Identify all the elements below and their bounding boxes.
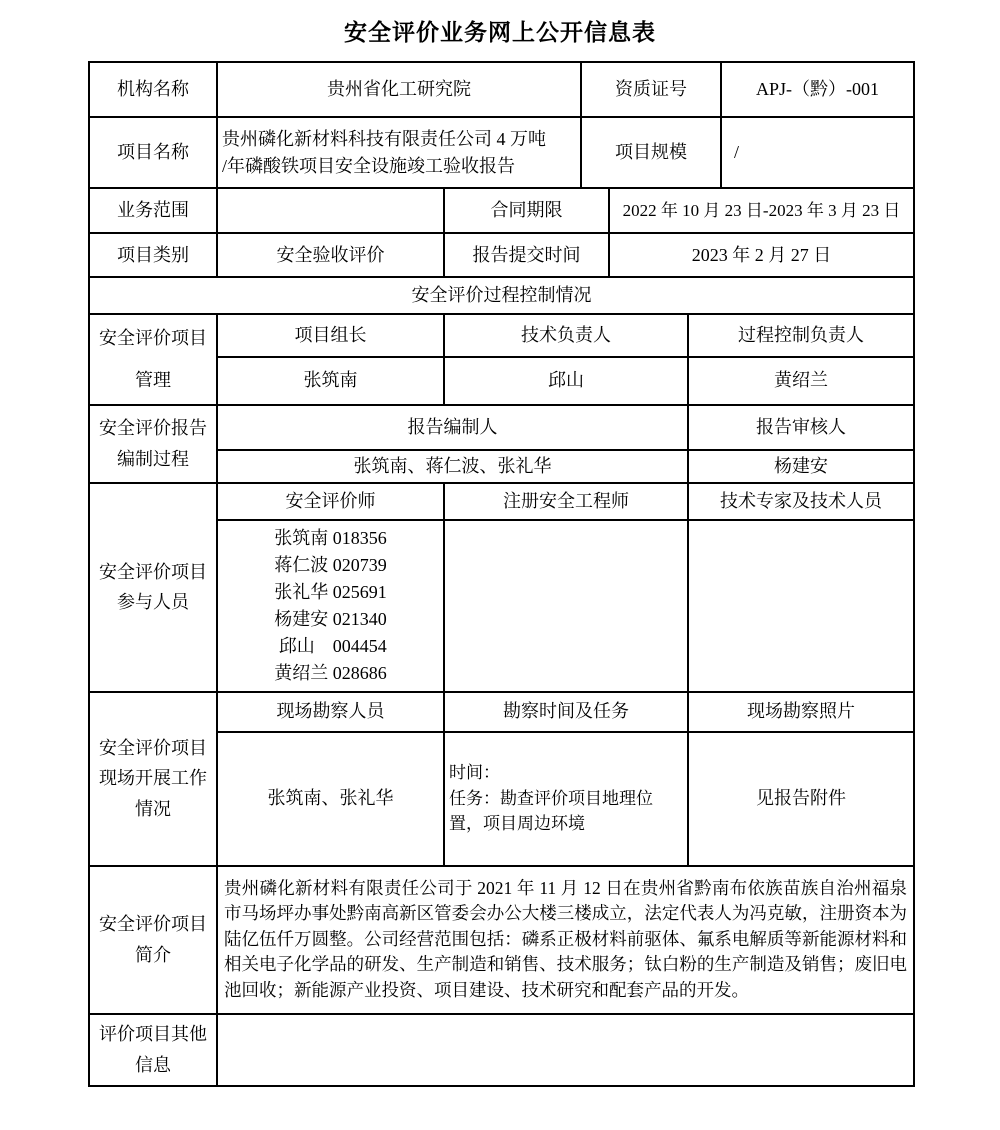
report-reviewer-header-cell: 报告审核人 [688, 405, 914, 450]
evaluator-list: 张筑南 018356 蒋仁波 020739 张礼华 025691 杨建安 021… [274, 525, 387, 687]
management-process-cell: 黄绍兰 [688, 357, 914, 405]
project-value-cell: 贵州磷化新材料科技有限责任公司 4 万吨 /年磷酸铁项目安全设施竣工验收报告 [217, 117, 581, 188]
row-scope: 业务范围 合同期限 2022 年 10 月 23 日-2023 年 3 月 23… [89, 188, 914, 233]
submit-label-cell: 报告提交时间 [444, 233, 609, 277]
intro-label-cell: 安全评价项目 简介 [89, 866, 217, 1014]
site-photos-cell: 见报告附件 [688, 732, 914, 866]
org-value-cell: 贵州省化工研究院 [217, 62, 581, 117]
participants-experts-cell [688, 520, 914, 692]
row-project: 项目名称 贵州磷化新材料科技有限责任公司 4 万吨 /年磷酸铁项目安全设施竣工验… [89, 117, 914, 188]
participants-header-expert-cell: 技术专家及技术人员 [688, 483, 914, 520]
row-other: 评价项目其他 信息 [89, 1014, 914, 1086]
row-process-header: 安全评价过程控制情况 [89, 277, 914, 314]
management-tech-cell: 邱山 [444, 357, 688, 405]
participants-label-cell: 安全评价项目 参与人员 [89, 483, 217, 692]
site-header-photo-cell: 现场勘察照片 [688, 692, 914, 732]
contract-label-cell: 合同期限 [444, 188, 609, 233]
site-personnel-cell: 张筑南、张礼华 [217, 732, 444, 866]
category-value-cell: 安全验收评价 [217, 233, 444, 277]
site-label-cell: 安全评价项目 现场开展工作 情况 [89, 692, 217, 866]
row-report-headers: 安全评价报告 编制过程 报告编制人 报告审核人 [89, 405, 914, 450]
info-table: 机构名称 贵州省化工研究院 资质证号 APJ-（黔）-001 项目名称 贵州磷化… [88, 61, 915, 1087]
management-header-tech-cell: 技术负责人 [444, 314, 688, 357]
project-label-cell: 项目名称 [89, 117, 217, 188]
scale-value-cell: / [721, 117, 914, 188]
cert-value-cell: APJ-（黔）-001 [721, 62, 914, 117]
intro-value-cell: 贵州磷化新材料有限责任公司于 2021 年 11 月 12 日在贵州省黔南布依族… [217, 866, 914, 1014]
row-participants-headers: 安全评价项目 参与人员 安全评价师 注册安全工程师 技术专家及技术人员 [89, 483, 914, 520]
process-section-title-cell: 安全评价过程控制情况 [89, 277, 914, 314]
participants-header-engineer-cell: 注册安全工程师 [444, 483, 688, 520]
management-header-leader-cell: 项目组长 [217, 314, 444, 357]
report-label-cell: 安全评价报告 编制过程 [89, 405, 217, 483]
scale-label-cell: 项目规模 [581, 117, 721, 188]
site-header-timetask-cell: 勘察时间及任务 [444, 692, 688, 732]
scope-label-cell: 业务范围 [89, 188, 217, 233]
cert-label-cell: 资质证号 [581, 62, 721, 117]
page-title: 安全评价业务网上公开信息表 [0, 0, 1000, 47]
site-timetask-cell: 时间： 任务：勘查评价项目地理位置，项目周边环境 [444, 732, 688, 866]
management-leader-cell: 张筑南 [217, 357, 444, 405]
row-org: 机构名称 贵州省化工研究院 资质证号 APJ-（黔）-001 [89, 62, 914, 117]
row-management-headers: 安全评价项目 管理 项目组长 技术负责人 过程控制负责人 [89, 314, 914, 357]
row-intro: 安全评价项目 简介 贵州磷化新材料有限责任公司于 2021 年 11 月 12 … [89, 866, 914, 1014]
contract-value-cell: 2022 年 10 月 23 日-2023 年 3 月 23 日 [609, 188, 914, 233]
management-header-process-cell: 过程控制负责人 [688, 314, 914, 357]
participants-engineers-cell [444, 520, 688, 692]
category-label-cell: 项目类别 [89, 233, 217, 277]
report-writer-header-cell: 报告编制人 [217, 405, 688, 450]
report-writer-value-cell: 张筑南、蒋仁波、张礼华 [217, 450, 688, 483]
scope-value-cell [217, 188, 444, 233]
row-category: 项目类别 安全验收评价 报告提交时间 2023 年 2 月 27 日 [89, 233, 914, 277]
org-label-cell: 机构名称 [89, 62, 217, 117]
submit-value-cell: 2023 年 2 月 27 日 [609, 233, 914, 277]
report-reviewer-value-cell: 杨建安 [688, 450, 914, 483]
participants-header-evaluator-cell: 安全评价师 [217, 483, 444, 520]
other-label-cell: 评价项目其他 信息 [89, 1014, 217, 1086]
participants-evaluators-cell: 张筑南 018356 蒋仁波 020739 张礼华 025691 杨建安 021… [217, 520, 444, 692]
other-value-cell [217, 1014, 914, 1086]
management-label-cell: 安全评价项目 管理 [89, 314, 217, 405]
site-header-personnel-cell: 现场勘察人员 [217, 692, 444, 732]
row-site-headers: 安全评价项目 现场开展工作 情况 现场勘察人员 勘察时间及任务 现场勘察照片 [89, 692, 914, 732]
